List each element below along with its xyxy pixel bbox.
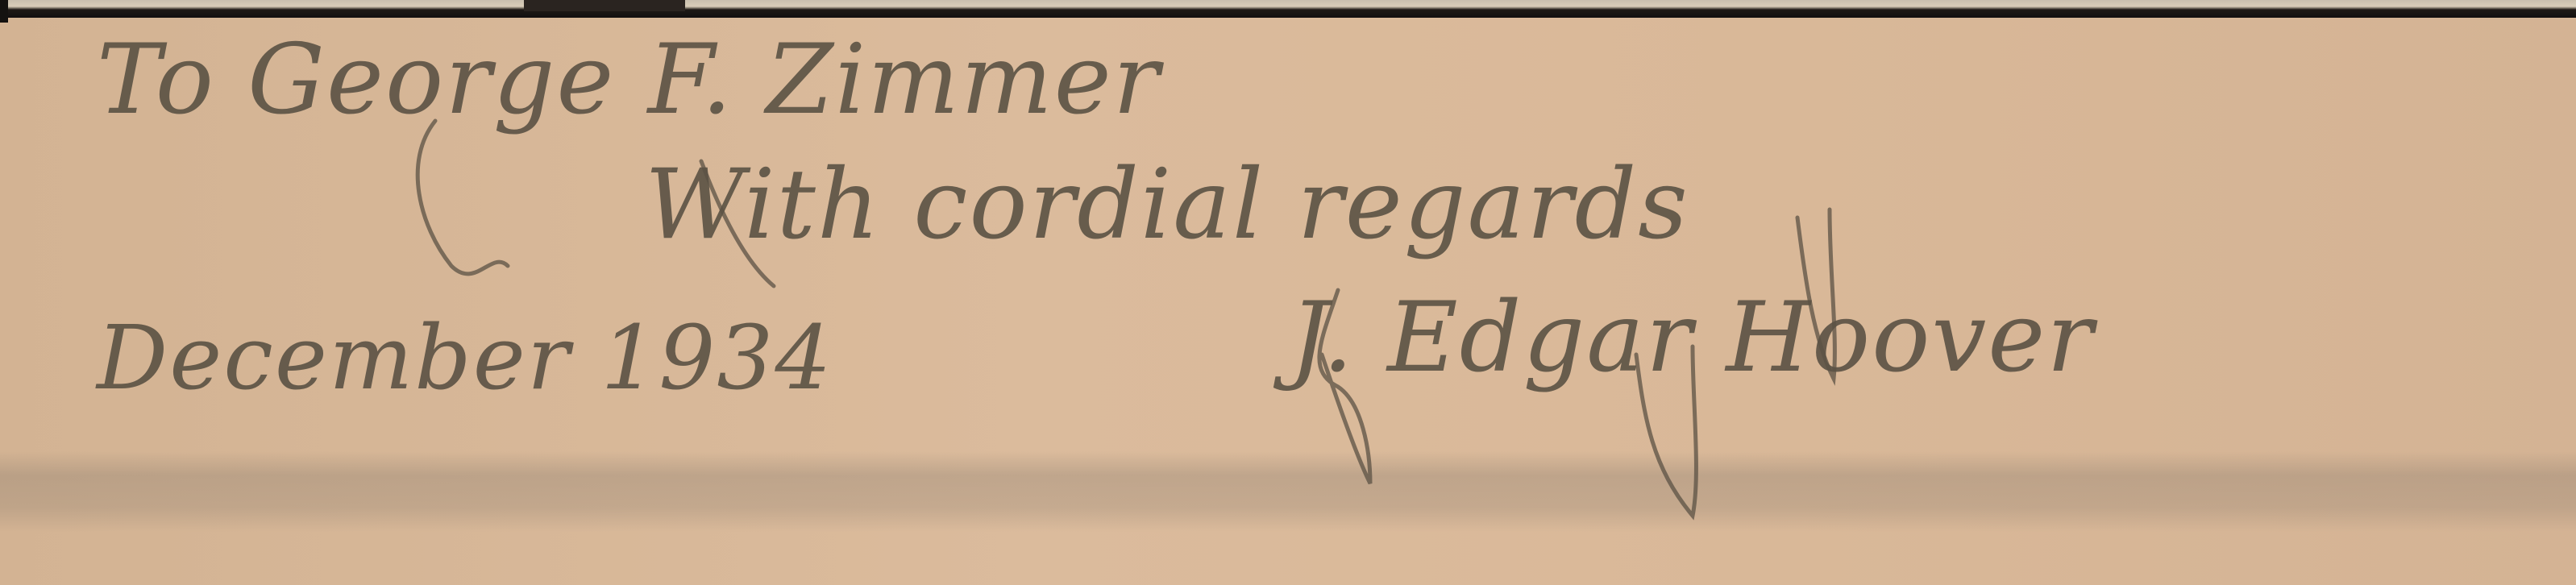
signature: J. Edgar Hoover bbox=[1290, 282, 2095, 394]
inscription-date: December 1934 bbox=[97, 306, 833, 409]
inscription-regards: With cordial regards bbox=[645, 149, 1689, 261]
inscription-dedication: To George F. Zimmer bbox=[97, 24, 1161, 136]
